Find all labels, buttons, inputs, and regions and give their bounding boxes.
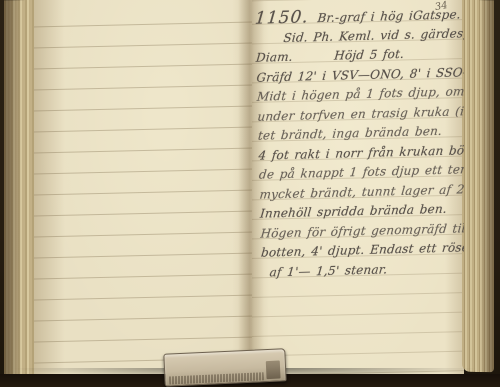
entry-place: Gatspe. — [412, 5, 462, 26]
notebook-photo: 34 1150. Br.-graf i hög i Gatspe. Sid. P… — [0, 0, 500, 387]
handwritten-entry: 1150. Br.-graf i hög i Gatspe. Sid. Ph. … — [253, 4, 464, 282]
ruler — [163, 348, 286, 387]
book-gutter — [238, 0, 264, 376]
ruled-lines-left — [34, 0, 254, 376]
left-blank-page — [34, 0, 254, 376]
height-label: Höjd 5 fot. — [334, 47, 405, 63]
fore-edge-page-stack — [462, 0, 494, 372]
right-written-page: 34 1150. Br.-graf i hög i Gatspe. Sid. P… — [252, 0, 464, 374]
ruler-end-label — [266, 361, 281, 380]
ruler-tick-marks — [169, 372, 263, 384]
